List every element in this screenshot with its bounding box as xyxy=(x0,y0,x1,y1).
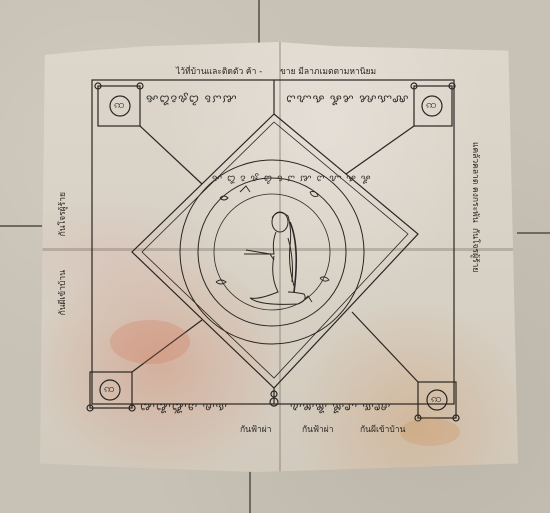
bottom-caption-middle: กันฟ้าผ่า xyxy=(302,422,334,436)
tile-grout-horizontal-left xyxy=(0,225,42,227)
yantra-drawing xyxy=(40,42,518,472)
tile-grout-horizontal-right xyxy=(517,232,550,234)
corner-glyph-bottom-right: ꩡ xyxy=(431,392,443,408)
bottom-caption-left: กันฟ้าผ่า xyxy=(240,422,272,436)
side-caption-right-lower: กันโจรผู้ร้าย xyxy=(468,228,482,272)
bottom-caption-right: กันผีเข้าบ้าน xyxy=(360,422,405,436)
tile-grout-vertical-bottom xyxy=(249,468,251,513)
tile-grout-vertical-top xyxy=(258,0,260,44)
side-caption-right-upper: แคล้วคลาด คงกระพัน xyxy=(468,142,482,223)
script-row-top-right: ꨈꨉꨊ ꨋꨌ ꨍꨎꨏ xyxy=(286,90,410,106)
seated-figure xyxy=(244,212,305,304)
side-caption-left-upper: กันโจรผู้ร้าย xyxy=(56,192,70,236)
script-row-bottom-left: ꨐꨑꨒꨓ ꨔꨕ xyxy=(140,398,228,414)
side-caption-left-lower: กันผีเข้าบ้าน xyxy=(56,270,70,315)
yantra-cloth: ไว้ที่บ้านและติดตัว ค้า - ขาย มีลาภเมตตา… xyxy=(40,42,518,472)
corner-glyph-bottom-left: ꩡ xyxy=(104,382,116,398)
top-caption-left: ไว้ที่บ้านและติดตัว ค้า - xyxy=(176,64,262,78)
top-caption-right: ขาย มีลาภเมตตามหานิยม xyxy=(280,64,376,78)
corner-glyph-top-right: ꩡ xyxy=(426,98,438,114)
script-row-top-left: ꨀꨁꨂꨃꨄ ꨅꨆꨇ xyxy=(146,90,238,106)
ring-text: ꨀ ꨁ ꨂ ꨃ ꨄ ꨅ ꨆ ꨇ ꨈ ꨉ ꨊ ꨋ xyxy=(212,172,372,185)
script-row-bottom-right: ꨖꨗꨘ ꨙꨚ ꨛꨜ xyxy=(290,398,391,414)
corner-glyph-top-left: ꩡ xyxy=(114,98,126,114)
